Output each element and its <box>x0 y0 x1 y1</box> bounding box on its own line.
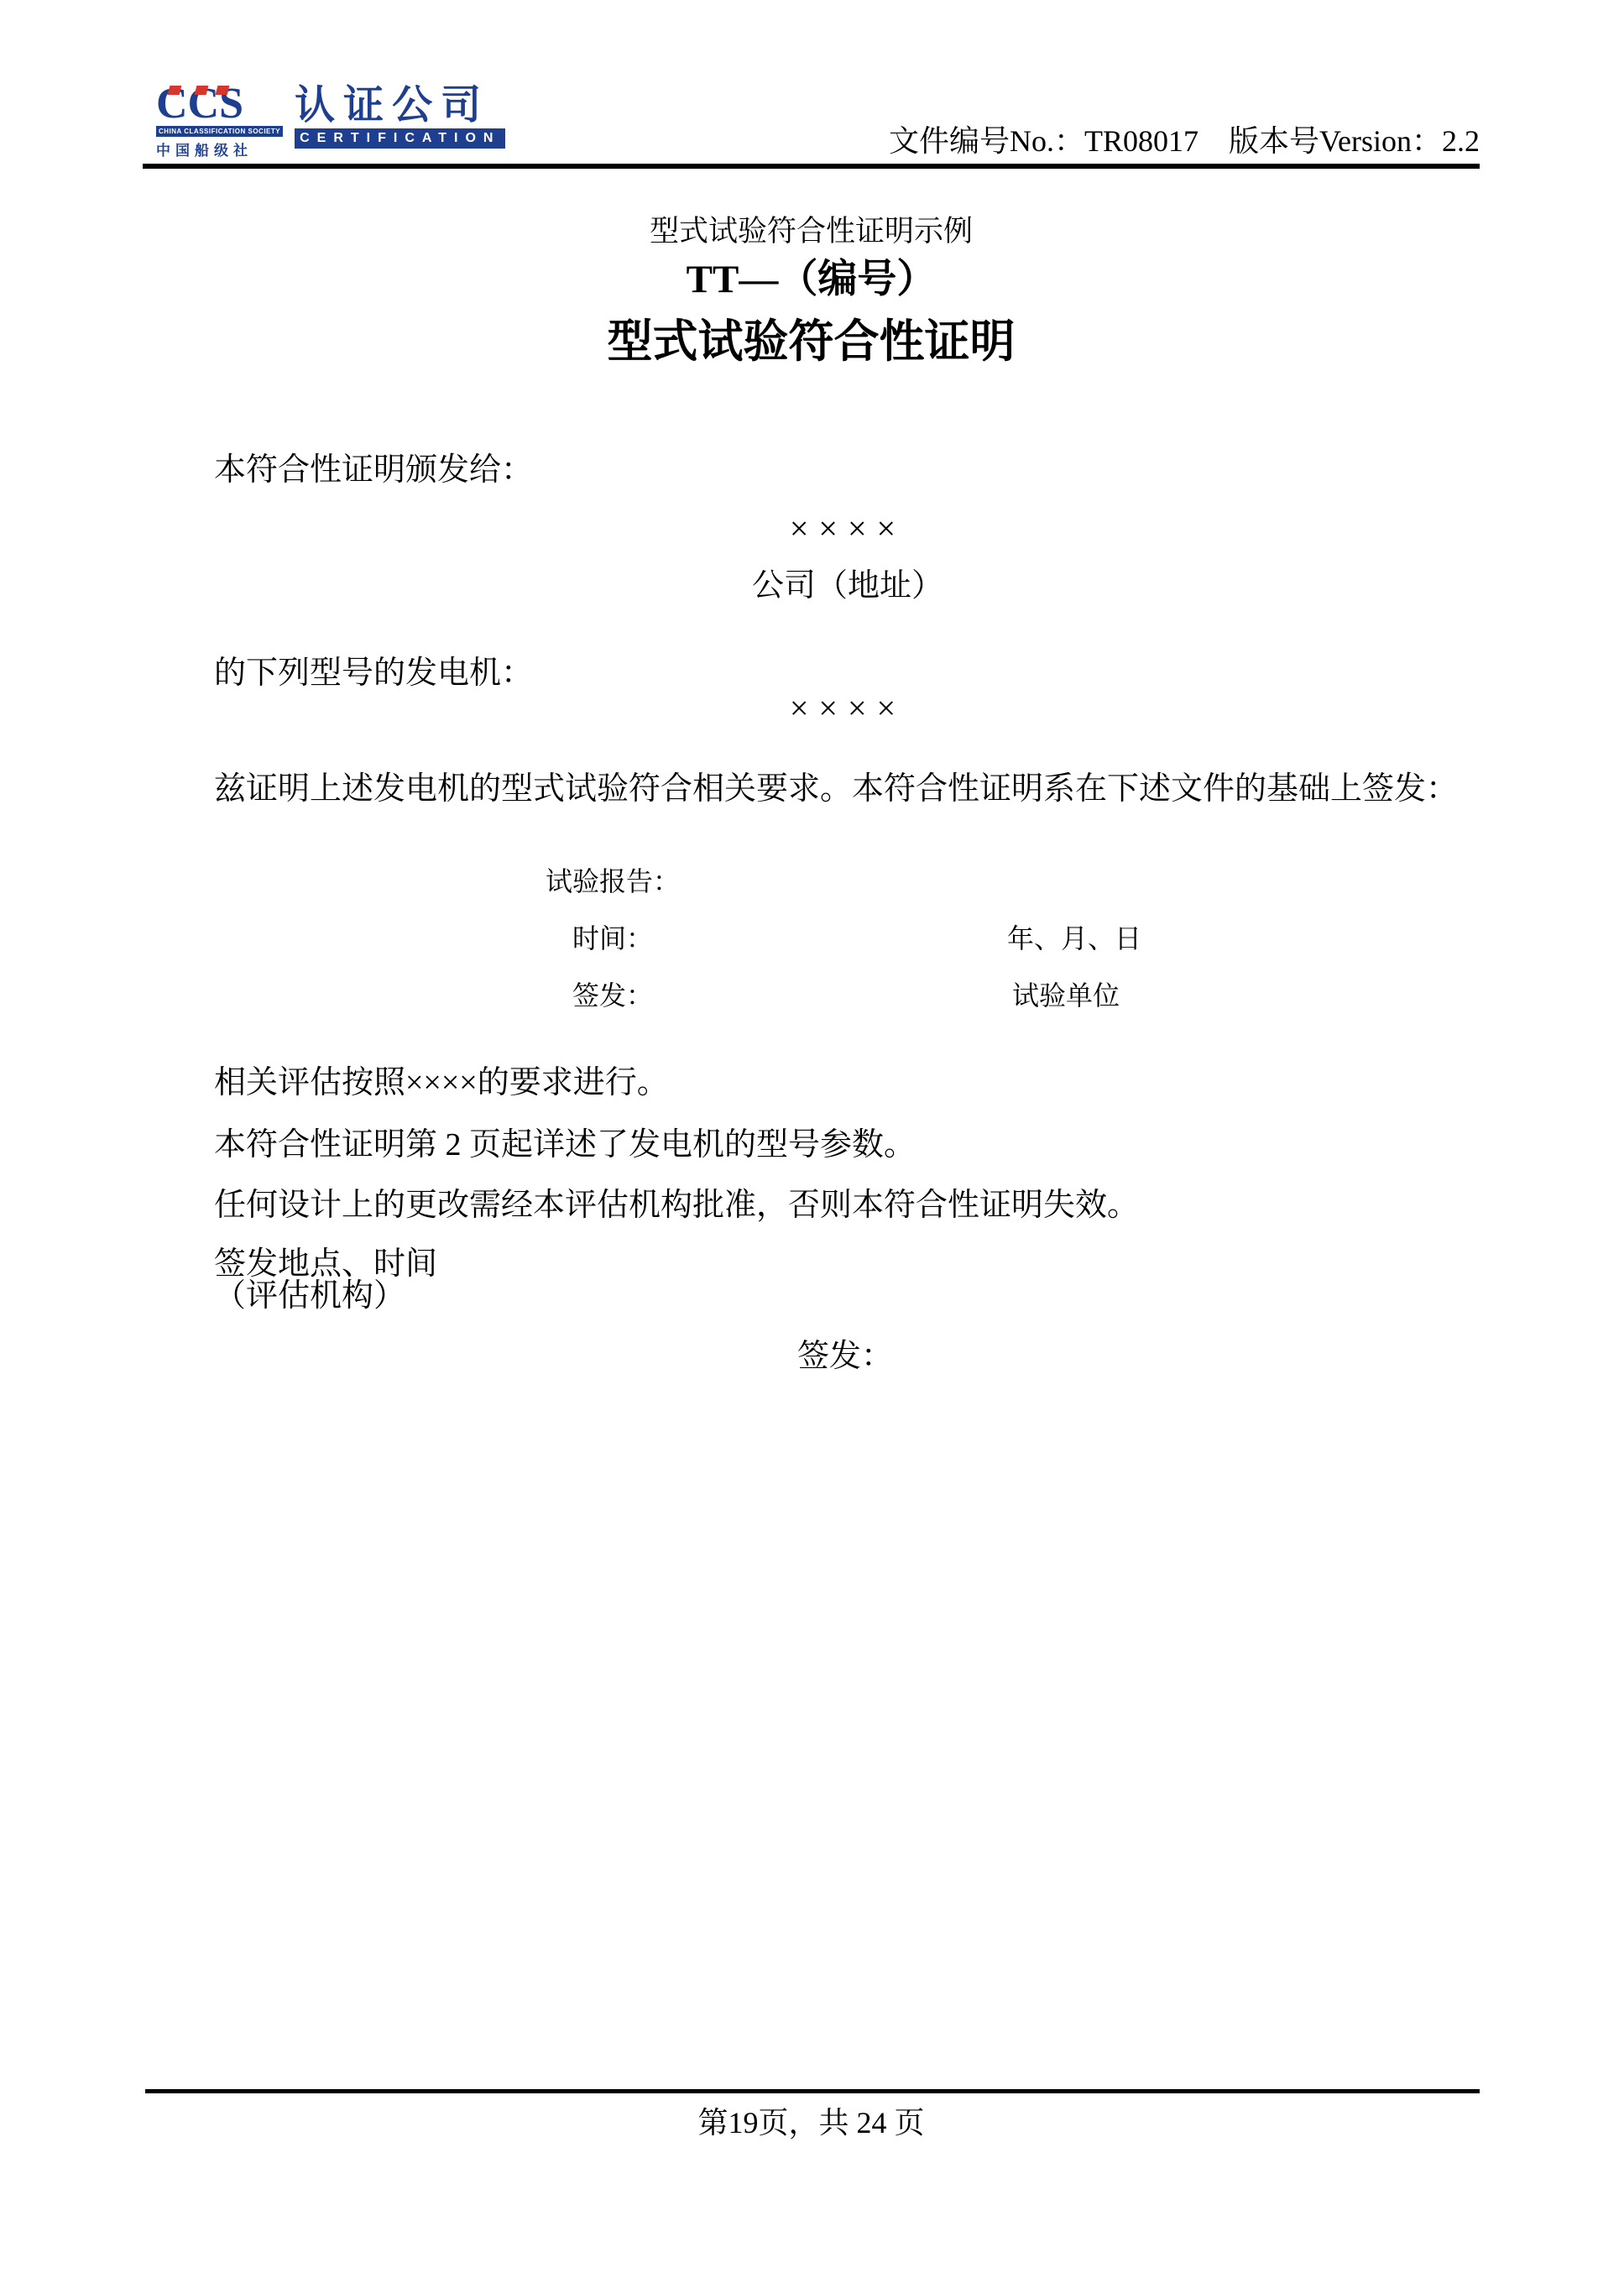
time-value: 年、月、日 <box>1007 923 1141 954</box>
doc-main-title: 型式试验符合性证明 <box>143 316 1480 368</box>
certification-company-cn: 认证公司 <box>295 86 505 125</box>
ccs-red-accent-3 <box>216 86 230 95</box>
company-address-line: 公司（地址） <box>214 567 1481 604</box>
document-number: 文件编号No.：TR08017 版本号Version：2.2 <box>889 124 1480 158</box>
model-label: 的下列型号的发电机： <box>214 655 1481 692</box>
report-label: 试验报告： <box>546 866 680 896</box>
evaluation-line: 相关评估按照××××的要求进行。 <box>214 1064 1481 1101</box>
society-name-cn: 中国船级社 <box>156 138 253 159</box>
document-page: CCS CHINA CLASSIFICATION SOCIETY 中国船级社 认… <box>0 0 1624 2278</box>
ccs-logo: CCS CHINA CLASSIFICATION SOCIETY 中国船级社 认… <box>156 85 505 159</box>
header-rule <box>143 164 1480 169</box>
sign-label: 签发： <box>572 980 653 1011</box>
ccs-logo-left: CCS CHINA CLASSIFICATION SOCIETY 中国船级社 <box>156 85 283 159</box>
page-number: 第19页，共 24 页 <box>143 2105 1480 2140</box>
statement-line: 兹证明上述发电机的型式试验符合相关要求。本符合性证明系在下述文件的基础上签发： <box>214 771 1481 807</box>
params-line: 本符合性证明第 2 页起详述了发电机的型号参数。 <box>214 1126 1481 1163</box>
model-placeholder: ×××× <box>214 690 1481 727</box>
time-label: 时间： <box>572 923 653 954</box>
ccs-red-accent-1 <box>168 86 182 95</box>
final-sign-label: 签发： <box>797 1338 893 1375</box>
footer-rule <box>145 2089 1480 2093</box>
doc-subtitle: 型式试验符合性证明示例 <box>143 215 1480 248</box>
company-placeholder: ×××× <box>214 510 1481 547</box>
ccs-red-accent-2 <box>195 86 209 95</box>
ccs-letters-wrap: CCS <box>156 85 243 123</box>
sign-value: 试验单位 <box>1012 980 1120 1011</box>
certification-bar-en: CERTIFICATION <box>295 128 505 149</box>
change-line: 任何设计上的更改需经本评估机构批准，否则本符合性证明失效。 <box>214 1187 1481 1224</box>
ccs-logo-right: 认证公司 CERTIFICATION <box>295 86 505 149</box>
doc-number-title: TT—（编号） <box>143 257 1480 302</box>
issue-org-line: （评估机构） <box>214 1277 1481 1314</box>
issued-to-label: 本符合性证明颁发给： <box>214 452 1481 489</box>
